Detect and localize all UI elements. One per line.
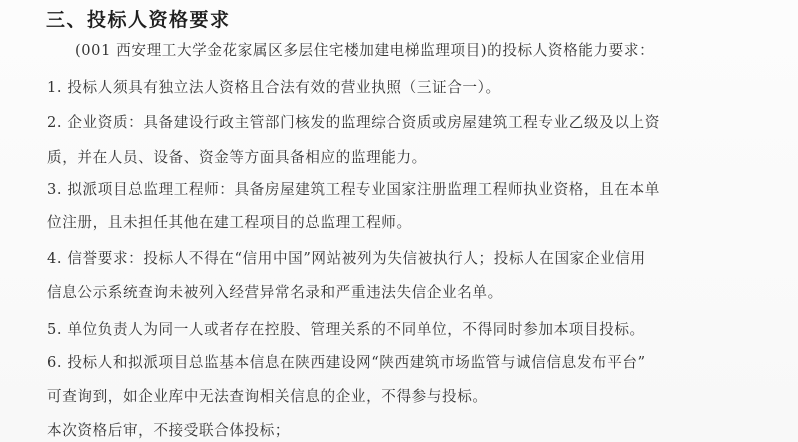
requirement-5: 5. 单位负责人为同一人或者存在控股、管理关系的不同单位，不得同时参加本项目投标… xyxy=(47,318,645,339)
requirement-3-line-2: 位注册，且未担任其他在建工程项目的总监理工程师。 xyxy=(47,211,412,232)
requirement-3-line-1: 3. 拟派项目总监理工程师：具备房屋建筑工程专业国家注册监理工程师执业资格，且在… xyxy=(47,178,660,199)
document-page: 三、投标人资格要求 (001 西安理工大学金花家属区多层住宅楼加建电梯监理项目)… xyxy=(0,0,798,442)
consortium-note: 本次资格后审，不接受联合体投标； xyxy=(47,419,290,440)
requirement-2-line-2: 质，并在人员、设备、资金等方面具备相应的监理能力。 xyxy=(47,146,427,167)
requirement-1: 1. 投标人须具有独立法人资格且合法有效的营业执照（三证合一）。 xyxy=(47,76,501,97)
section-heading: 三、投标人资格要求 xyxy=(46,5,231,32)
intro-paragraph: (001 西安理工大学金花家属区多层住宅楼加建电梯监理项目)的投标人资格能力要求… xyxy=(75,39,654,60)
requirement-4-line-2: 信息公示系统查询未被列入经营异常名录和严重违法失信企业名单。 xyxy=(47,281,503,302)
requirement-6-line-2: 可查询到，如企业库中无法查询相关信息的企业，不得参与投标。 xyxy=(47,385,488,406)
requirement-2-line-1: 2. 企业资质：具备建设行政主管部门核发的监理综合资质或房屋建筑工程专业乙级及以… xyxy=(47,111,660,132)
requirement-4-line-1: 4. 信誉要求：投标人不得在“信用中国”网站被列为失信被执行人；投标人在国家企业… xyxy=(47,247,646,268)
requirement-6-line-1: 6. 投标人和拟派项目总监基本信息在陕西建设网“陕西建筑市场监管与诚信信息发布平… xyxy=(47,351,646,372)
